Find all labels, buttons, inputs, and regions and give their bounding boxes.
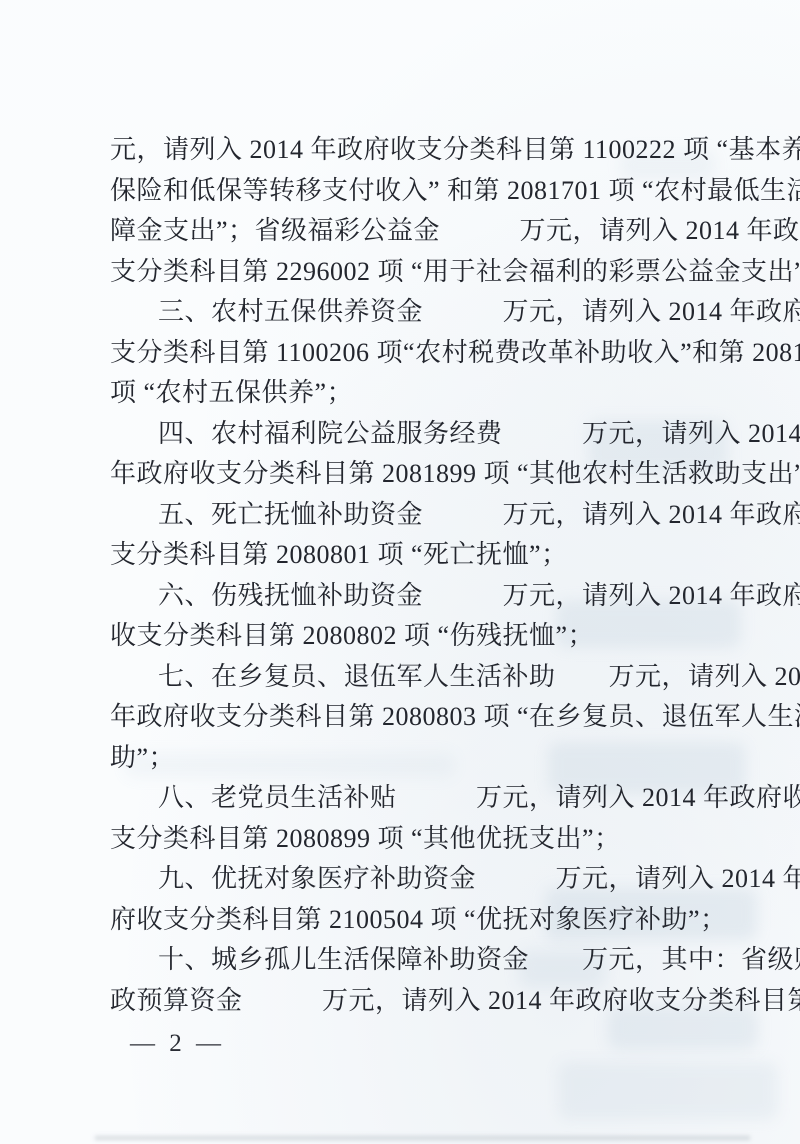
text-line: 六、伤残抚恤补助资金 万元，请列入 2014 年政府 (110, 576, 720, 617)
text-line: 助”； (110, 738, 720, 779)
text-line: 支分类科目第 1100206 项“农村税费改革补助收入”和第 2081801 (110, 333, 720, 374)
text-line: 四、农村福利院公益服务经费 万元，请列入 2014 (110, 414, 720, 455)
text-line: 三、农村五保供养资金 万元，请列入 2014 年政府收 (110, 292, 720, 333)
text-line: 年政府收支分类科目第 2080803 项 “在乡复员、退伍军人生活补 (110, 697, 720, 738)
text-line: 府收支分类科目第 2100504 项 “优抚对象医疗补助”； (110, 900, 720, 941)
text-line: 政预算资金 万元，请列入 2014 年政府收支分类科目第 (110, 981, 720, 1022)
text-line: 八、老党员生活补贴 万元，请列入 2014 年政府收 (110, 778, 720, 819)
text-line: 十、城乡孤儿生活保障补助资金 万元，其中：省级财 (110, 940, 720, 981)
document-body: 元，请列入 2014 年政府收支分类科目第 1100222 项 “基本养老 保险… (110, 130, 720, 1021)
text-line: 障金支出”；省级福彩公益金 万元，请列入 2014 年政府收 (110, 211, 720, 252)
text-line: 九、优抚对象医疗补助资金 万元，请列入 2014 年政 (110, 859, 720, 900)
text-line: 支分类科目第 2296002 项 “用于社会福利的彩票公益金支出”； (110, 252, 720, 293)
scan-edge-artifact (95, 1136, 750, 1140)
text-line: 支分类科目第 2080899 项 “其他优抚支出”； (110, 819, 720, 860)
bleedthrough-artifact (558, 1062, 778, 1120)
text-line: 项 “农村五保供养”； (110, 373, 720, 414)
text-line: 年政府收支分类科目第 2081899 项 “其他农村生活救助支出”； (110, 454, 720, 495)
text-line: 支分类科目第 2080801 项 “死亡抚恤”； (110, 535, 720, 576)
text-line: 七、在乡复员、退伍军人生活补助 万元，请列入 2014 (110, 657, 720, 698)
text-line: 元，请列入 2014 年政府收支分类科目第 1100222 项 “基本养老 (110, 130, 720, 171)
scanned-document-page: 元，请列入 2014 年政府收支分类科目第 1100222 项 “基本养老 保险… (0, 0, 800, 1144)
text-line: 保险和低保等转移支付收入” 和第 2081701 项 “农村最低生活保 (110, 171, 720, 212)
text-line: 收支分类科目第 2080802 项 “伤残抚恤”； (110, 616, 720, 657)
text-line: 五、死亡抚恤补助资金 万元，请列入 2014 年政府收 (110, 495, 720, 536)
page-number: — 2 — (130, 1030, 225, 1058)
